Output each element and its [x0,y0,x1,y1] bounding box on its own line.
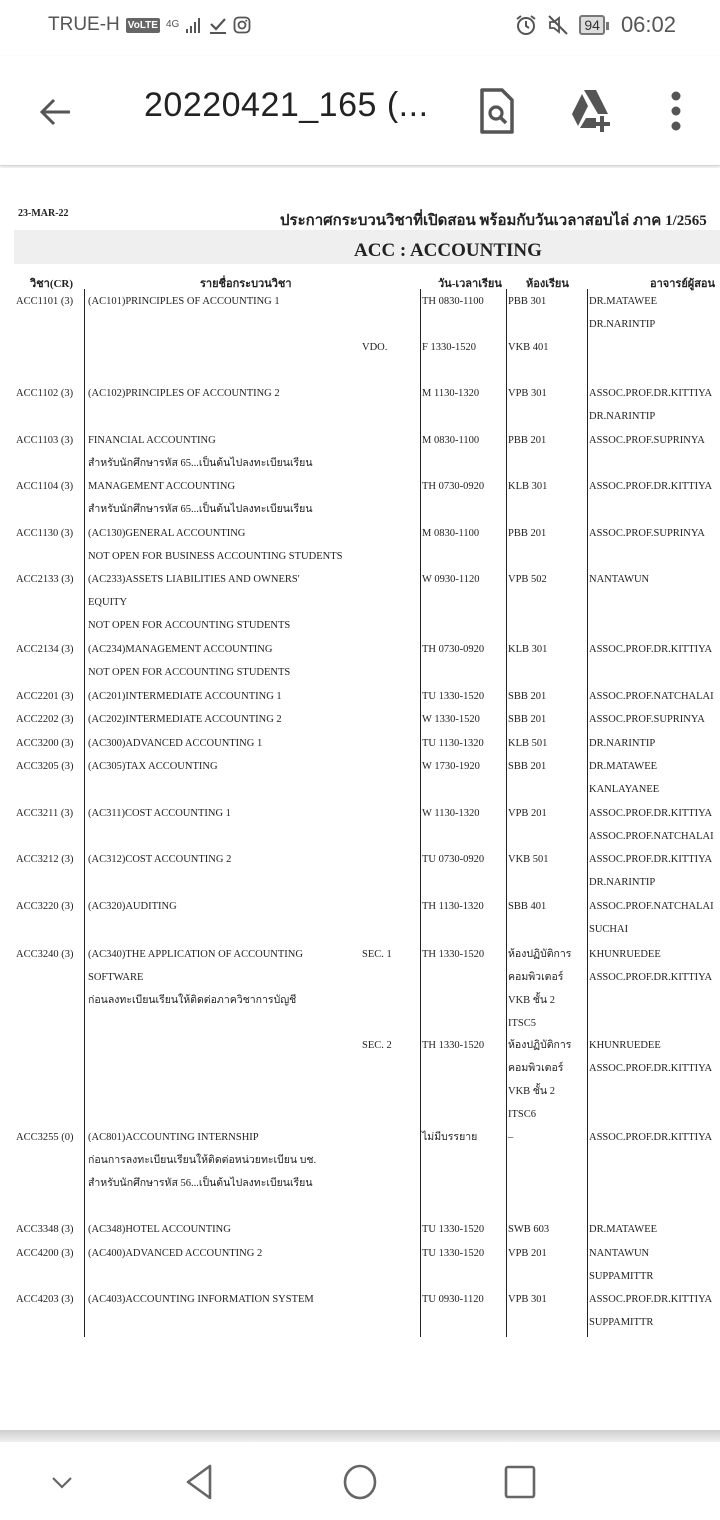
course-room-cell: VPB 201 [508,802,547,825]
more-vert-icon [656,86,696,136]
cell-text: W 0930-1120 [422,568,479,591]
cell-text: สำหรับนักศึกษารหัส 56...เป็นต้นไปลงทะเบี… [88,1172,316,1195]
course-instructors-cell: ASSOC.PROF.SUPRINYA [589,429,705,452]
cell-text: ASSOC.PROF.DR.KITTIYA [589,382,712,405]
course-room-cell: PBB 301 [508,290,546,313]
cell-text: TU 0730-0920 [422,848,484,871]
course-room-cell: PBB 201 [508,429,546,452]
home-circle-icon [338,1460,382,1504]
hide-nav-button[interactable] [40,1460,84,1504]
column-divider [420,289,421,1337]
cell-text: ASSOC.PROF.SUPRINYA [589,429,705,452]
course-instructors-cell: ASSOC.PROF.DR.KITTIYAASSOC.PROF.NATCHALA… [589,802,714,848]
cell-text: PBB 201 [508,522,546,545]
course-room-cell: SBB 201 [508,708,546,731]
cell-text: (AC300)ADVANCED ACCOUNTING 1 [88,732,262,755]
cell-text: ACC3240 (3) [16,943,73,966]
cell-text: ก่อนการลงทะเบียนเรียนให้ติดต่อหน่วยทะเบี… [88,1149,316,1172]
cell-text: คอมพิวเตอร์ [508,1057,571,1080]
course-time-cell: W 1330-1520 [422,708,480,731]
cell-text: (AC102)PRINCIPLES OF ACCOUNTING 2 [88,382,280,405]
course-instructors-cell: DR.MATAWEEKANLAYANEE [589,755,659,801]
cell-text: ACC4200 (3) [16,1242,73,1265]
course-name-cell: (AC801)ACCOUNTING INTERNSHIPก่อนการลงทะเ… [88,1126,316,1195]
cell-text: DR.NARINTIP [589,871,712,894]
course-name-cell: MANAGEMENT ACCOUNTINGสำหรับนักศึกษารหัส … [88,475,313,521]
cell-text: ASSOC.PROF.DR.KITTIYA [589,1288,712,1311]
course-name-cell: (AC300)ADVANCED ACCOUNTING 1 [88,732,262,755]
course-instructors-cell: NANTAWUNSUPPAMITTR [589,1242,653,1288]
cell-text: สำหรับนักศึกษารหัส 65...เป็นต้นไปลงทะเบี… [88,498,313,521]
cell-text: SBB 201 [508,685,546,708]
cell-text: ITSC6 [508,1103,571,1126]
cell-text: PBB 201 [508,429,546,452]
recents-square-icon [498,1460,542,1504]
cell-text: TH 1130-1320 [422,895,484,918]
course-name-cell: (AC400)ADVANCED ACCOUNTING 2 [88,1242,262,1265]
course-time-cell: F 1330-1520 [422,336,476,359]
cell-text: ACC3212 (3) [16,848,73,871]
cell-text: ACC1102 (3) [16,382,73,405]
cell-text: ASSOC.PROF.DR.KITTIYA [589,848,712,871]
course-instructors-cell: ASSOC.PROF.NATCHALAI [589,685,714,708]
carrier-name: TRUE-H [48,14,120,36]
cell-text: (AC312)COST ACCOUNTING 2 [88,848,231,871]
cell-text: (AC305)TAX ACCOUNTING [88,755,218,778]
cell-text: ASSOC.PROF.DR.KITTIYA [589,638,712,661]
course-time-cell: TH 0830-1100 [422,290,484,313]
course-time-cell: TU 1130-1320 [422,732,484,755]
clock: 06:02 [621,12,676,38]
nav-home-button[interactable] [338,1460,382,1504]
course-instructors-cell: ASSOC.PROF.DR.KITTIYADR.NARINTIP [589,848,712,894]
cell-text: KHUNRUEDEE [589,1034,712,1057]
cell-text: (AC201)INTERMEDIATE ACCOUNTING 1 [88,685,282,708]
cell-text: TU 1130-1320 [422,732,484,755]
cell-text: VPB 301 [508,382,547,405]
signal-icon [185,16,203,34]
course-name-cell: (AC403)ACCOUNTING INFORMATION SYSTEM [88,1288,314,1311]
cell-text: (AC233)ASSETS LIABILITIES AND OWNERS' [88,568,300,591]
cell-text: TH 0730-0920 [422,475,484,498]
cell-text: VKB 401 [508,336,549,359]
network-type: 4G [166,20,179,30]
course-time-cell: M 0830-1100 [422,429,479,452]
course-time-cell: TU 0730-0920 [422,848,484,871]
course-instructors-cell: ASSOC.PROF.DR.KITTIYA [589,638,712,661]
status-bar: TRUE-H VoLTE 4G 94 06:02 [0,0,720,56]
cell-text: ASSOC.PROF.DR.KITTIYA [589,802,714,825]
course-instructors-cell: ASSOC.PROF.DR.KITTIYADR.NARINTIP [589,382,712,428]
cell-text: SBB 201 [508,708,546,731]
back-triangle-icon [178,1460,222,1504]
cell-text: (AC400)ADVANCED ACCOUNTING 2 [88,1242,262,1265]
cell-text: (AC234)MANAGEMENT ACCOUNTING [88,638,290,661]
course-code-cell: ACC3200 (3) [16,732,73,755]
course-instructors-cell: NANTAWUN [589,568,649,591]
cell-text: ก่อนลงทะเบียนเรียนให้ติดต่อภาควิชาการบัญ… [88,989,303,1012]
course-time-cell: TH 0730-0920 [422,638,484,661]
cell-text: KHUNRUEDEE [589,943,712,966]
course-code-cell: ACC1101 (3) [16,290,73,313]
cell-text: DR.NARINTIP [589,405,712,428]
course-room-cell: KLB 501 [508,732,547,755]
cell-text: ACC2134 (3) [16,638,73,661]
course-room-cell: KLB 301 [508,475,547,498]
column-header-instructor: อาจารย์ผู้สอน [650,274,715,292]
cell-text: TU 1330-1520 [422,1218,484,1241]
course-time-cell: TU 1330-1520 [422,685,484,708]
course-code-cell: ACC2134 (3) [16,638,73,661]
cell-text: SEC. 2 [362,1034,392,1057]
cell-text: ACC1104 (3) [16,475,73,498]
course-name-cell: (AC130)GENERAL ACCOUNTINGNOT OPEN FOR BU… [88,522,342,568]
cell-text: (AC101)PRINCIPLES OF ACCOUNTING 1 [88,290,280,313]
cell-text: (AC348)HOTEL ACCOUNTING [88,1218,231,1241]
cell-text: DR.MATAWEE [589,290,657,313]
document-title: 20220421_165 (... [144,86,429,125]
course-room-cell: SBB 201 [508,685,546,708]
status-left: TRUE-H VoLTE 4G [48,14,251,36]
course-room-cell: VKB 501 [508,848,549,871]
alarm-icon [515,14,537,36]
course-name-cell: (AC202)INTERMEDIATE ACCOUNTING 2 [88,708,282,731]
cell-text: ACC2133 (3) [16,568,73,591]
course-instructors-cell: DR.NARINTIP [589,732,655,755]
cell-text: ASSOC.PROF.NATCHALAI [589,895,714,918]
course-code-cell: ACC3205 (3) [16,755,73,778]
course-sec-cell: SEC. 1 [362,943,392,966]
cell-text: ACC3211 (3) [16,802,73,825]
cell-text: SUPPAMITTR [589,1311,712,1334]
course-code-cell: ACC3348 (3) [16,1218,73,1241]
cell-text: M 0830-1100 [422,429,479,452]
cell-text: ACC3255 (0) [16,1126,73,1149]
cell-text: (AC311)COST ACCOUNTING 1 [88,802,231,825]
cell-text: NANTAWUN [589,1242,653,1265]
cell-text: สำหรับนักศึกษารหัส 65...เป็นต้นไปลงทะเบี… [88,452,313,475]
course-time-cell: TU 1330-1520 [422,1242,484,1265]
course-code-cell: ACC3240 (3) [16,943,73,966]
cell-text: VKB ชั้น 2 [508,989,571,1012]
cell-text: M 0830-1100 [422,522,479,545]
cell-text: (AC403)ACCOUNTING INFORMATION SYSTEM [88,1288,314,1311]
course-room-cell: ห้องปฏิบัติการคอมพิวเตอร์VKB ชั้น 2ITSC5 [508,943,571,1035]
course-instructors-cell: ASSOC.PROF.SUPRINYA [589,522,705,545]
cell-text: DR.MATAWEE [589,1218,657,1241]
course-code-cell: ACC2133 (3) [16,568,73,591]
cell-text: ASSOC.PROF.SUPRINYA [589,522,705,545]
course-time-cell: M 0830-1100 [422,522,479,545]
mute-icon [547,14,569,36]
course-time-cell: TH 1130-1320 [422,895,484,918]
course-code-cell: ACC4203 (3) [16,1288,73,1311]
cell-text: (AC340)THE APPLICATION OF ACCOUNTING [88,943,303,966]
course-code-cell: ACC2202 (3) [16,708,73,731]
cell-text: TH 1330-1520 [422,1034,484,1057]
course-room-cell: – [508,1126,513,1149]
course-time-cell: W 0930-1120 [422,568,479,591]
cell-text: SBB 201 [508,755,546,778]
cell-text: VPB 201 [508,802,547,825]
course-name-cell: (AC201)INTERMEDIATE ACCOUNTING 1 [88,685,282,708]
course-code-cell: ACC3220 (3) [16,895,73,918]
course-instructors-cell: ASSOC.PROF.SUPRINYA [589,708,705,731]
course-instructors-cell: DR.MATAWEE [589,1218,657,1241]
course-room-cell: SBB 401 [508,895,546,918]
battery-icon: 94 [579,15,605,35]
course-time-cell: W 1730-1920 [422,755,480,778]
course-code-cell: ACC1103 (3) [16,429,73,452]
course-code-cell: ACC3211 (3) [16,802,73,825]
course-time-cell: TH 1330-1520 [422,943,484,966]
course-room-cell: PBB 201 [508,522,546,545]
course-instructors-cell: KHUNRUEDEEASSOC.PROF.DR.KITTIYA [589,1034,712,1080]
cell-text: ACC1130 (3) [16,522,73,545]
cell-text: VDO. [362,336,387,359]
course-room-cell: VPB 201 [508,1242,547,1265]
drive-add-icon [566,86,614,136]
cell-text: (AC202)INTERMEDIATE ACCOUNTING 2 [88,708,282,731]
course-room-cell: SWB 603 [508,1218,549,1241]
course-time-cell: TH 1330-1520 [422,1034,484,1057]
course-name-cell: FINANCIAL ACCOUNTINGสำหรับนักศึกษารหัส 6… [88,429,313,475]
course-code-cell: ACC1130 (3) [16,522,73,545]
course-room-cell: SBB 201 [508,755,546,778]
cell-text: SUCHAI [589,918,714,941]
nav-divider [0,1430,720,1442]
course-name-cell: (AC340)THE APPLICATION OF ACCOUNTINGSOFT… [88,943,303,1012]
course-time-cell: TU 0930-1120 [422,1288,484,1311]
course-instructors-cell: ASSOC.PROF.DR.KITTIYA [589,475,712,498]
cell-text: M 1130-1320 [422,382,479,405]
cell-text: VPB 201 [508,1242,547,1265]
cell-text: (AC130)GENERAL ACCOUNTING [88,522,342,545]
cell-text: ACC3348 (3) [16,1218,73,1241]
course-name-cell: (AC102)PRINCIPLES OF ACCOUNTING 2 [88,382,280,405]
cell-text: TH 0730-0920 [422,638,484,661]
cell-text: DR.NARINTIP [589,313,657,336]
more-options-button[interactable] [656,86,696,136]
course-instructors-cell: ASSOC.PROF.NATCHALAISUCHAI [589,895,714,941]
cell-text: TH 0830-1100 [422,290,484,313]
cell-text: TU 0930-1120 [422,1288,484,1311]
cell-text: ห้องปฏิบัติการ [508,943,571,966]
cell-text: F 1330-1520 [422,336,476,359]
cell-text: SEC. 1 [362,943,392,966]
cell-text: ไม่มีบรรยาย [422,1126,477,1149]
cell-text: EQUITY [88,591,300,614]
cell-text: DR.NARINTIP [589,732,655,755]
course-sec-cell: VDO. [362,336,387,359]
course-name-cell: (AC348)HOTEL ACCOUNTING [88,1218,231,1241]
course-instructors-cell: ASSOC.PROF.DR.KITTIYASUPPAMITTR [589,1288,712,1334]
instagram-icon [233,16,251,34]
cell-text: ASSOC.PROF.NATCHALAI [589,825,714,848]
cell-text: ASSOC.PROF.SUPRINYA [589,708,705,731]
cell-text: ASSOC.PROF.NATCHALAI [589,685,714,708]
course-room-cell: VPB 301 [508,1288,547,1311]
course-name-cell: (AC234)MANAGEMENT ACCOUNTINGNOT OPEN FOR… [88,638,290,684]
course-name-cell: (AC305)TAX ACCOUNTING [88,755,218,778]
find-in-page-button[interactable] [472,86,520,136]
cell-text: SBB 401 [508,895,546,918]
nav-back-button[interactable] [178,1460,222,1504]
cell-text: SOFTWARE [88,966,303,989]
course-room-cell: KLB 301 [508,638,547,661]
document-date: 23-MAR-22 [18,208,69,219]
cell-text: ACC3220 (3) [16,895,73,918]
course-code-cell: ACC3212 (3) [16,848,73,871]
pdf-page[interactable]: 23-MAR-22 ประกาศกระบวนวิชาที่เปิดสอน พร้… [0,168,720,1430]
cell-text: KLB 301 [508,475,547,498]
cell-text: VPB 301 [508,1288,547,1311]
cell-text: ACC2201 (3) [16,685,73,708]
cell-text: TU 1330-1520 [422,685,484,708]
course-code-cell: ACC1104 (3) [16,475,73,498]
find-in-page-icon [472,86,520,136]
course-code-cell: ACC1102 (3) [16,382,73,405]
back-arrow-icon [36,92,76,132]
cell-text: ASSOC.PROF.DR.KITTIYA [589,1126,712,1149]
cell-text: W 1130-1320 [422,802,479,825]
column-divider [587,289,588,1337]
cell-text: ACC3205 (3) [16,755,73,778]
course-instructors-cell: DR.MATAWEEDR.NARINTIP [589,290,657,336]
cell-text: ACC4203 (3) [16,1288,73,1311]
cell-text: VKB ชั้น 2 [508,1080,571,1103]
course-instructors-cell: ASSOC.PROF.DR.KITTIYA [589,1126,712,1149]
cell-text: SUPPAMITTR [589,1265,653,1288]
cell-text: ACC2202 (3) [16,708,73,731]
hide-keyboard-chevron-icon [40,1460,84,1504]
course-time-cell: TU 1330-1520 [422,1218,484,1241]
cell-text: ห้องปฏิบัติการ [508,1034,571,1057]
course-name-cell: (AC312)COST ACCOUNTING 2 [88,848,231,871]
course-code-cell: ACC4200 (3) [16,1242,73,1265]
cell-text: NOT OPEN FOR BUSINESS ACCOUNTING STUDENT… [88,545,342,568]
cell-text: VPB 502 [508,568,547,591]
course-time-cell: W 1130-1320 [422,802,479,825]
course-room-cell: VPB 301 [508,382,547,405]
cell-text: ITSC5 [508,1012,571,1035]
department-title: ACC : ACCOUNTING [354,240,542,262]
cell-text: DR.MATAWEE [589,755,659,778]
column-divider [506,289,507,1337]
cell-text: NOT OPEN FOR ACCOUNTING STUDENTS [88,614,300,637]
course-name-cell: (AC233)ASSETS LIABILITIES AND OWNERS'EQU… [88,568,300,637]
download-done-icon [209,15,227,35]
cell-text: FINANCIAL ACCOUNTING [88,429,313,452]
cell-text: ASSOC.PROF.DR.KITTIYA [589,1057,712,1080]
cell-text: คอมพิวเตอร์ [508,966,571,989]
cell-text: W 1730-1920 [422,755,480,778]
course-code-cell: ACC2201 (3) [16,685,73,708]
cell-text: ASSOC.PROF.DR.KITTIYA [589,966,712,989]
course-instructors-cell: KHUNRUEDEEASSOC.PROF.DR.KITTIYA [589,943,712,989]
cell-text: KANLAYANEE [589,778,659,801]
course-room-cell: VPB 502 [508,568,547,591]
cell-text: SWB 603 [508,1218,549,1241]
cell-text: KLB 301 [508,638,547,661]
course-code-cell: ACC3255 (0) [16,1126,73,1149]
cell-text: KLB 501 [508,732,547,755]
course-time-cell: ไม่มีบรรยาย [422,1126,477,1149]
cell-text: ACC1103 (3) [16,429,73,452]
back-button[interactable] [36,92,76,132]
navigation-bar [0,1442,720,1520]
app-bar: 20220421_165 (... [0,56,720,166]
column-divider [84,289,85,1337]
course-time-cell: TH 0730-0920 [422,475,484,498]
document-heading: ประกาศกระบวนวิชาที่เปิดสอน พร้อมกับวันเว… [280,208,707,232]
cell-text: – [508,1126,513,1149]
course-name-cell: (AC101)PRINCIPLES OF ACCOUNTING 1 [88,290,280,313]
cell-text: ACC3200 (3) [16,732,73,755]
course-room-cell: VKB 401 [508,336,549,359]
cell-text: (AC801)ACCOUNTING INTERNSHIP [88,1126,316,1149]
cell-text: TU 1330-1520 [422,1242,484,1265]
course-room-cell: ห้องปฏิบัติการคอมพิวเตอร์VKB ชั้น 2ITSC6 [508,1034,571,1126]
cell-text: PBB 301 [508,290,546,313]
nav-recents-button[interactable] [498,1460,542,1504]
cell-text: TH 1330-1520 [422,943,484,966]
course-name-cell: (AC320)AUDITING [88,895,177,918]
cell-text: MANAGEMENT ACCOUNTING [88,475,313,498]
course-time-cell: M 1130-1320 [422,382,479,405]
status-right: 94 06:02 [515,12,676,38]
cell-text: VKB 501 [508,848,549,871]
cell-text: W 1330-1520 [422,708,480,731]
course-name-cell: (AC311)COST ACCOUNTING 1 [88,802,231,825]
cell-text: NANTAWUN [589,568,649,591]
cell-text: ACC1101 (3) [16,290,73,313]
add-to-drive-button[interactable] [566,86,614,136]
cell-text: (AC320)AUDITING [88,895,177,918]
volte-badge: VoLTE [126,18,160,33]
cell-text: ASSOC.PROF.DR.KITTIYA [589,475,712,498]
cell-text: NOT OPEN FOR ACCOUNTING STUDENTS [88,661,290,684]
course-sec-cell: SEC. 2 [362,1034,392,1057]
